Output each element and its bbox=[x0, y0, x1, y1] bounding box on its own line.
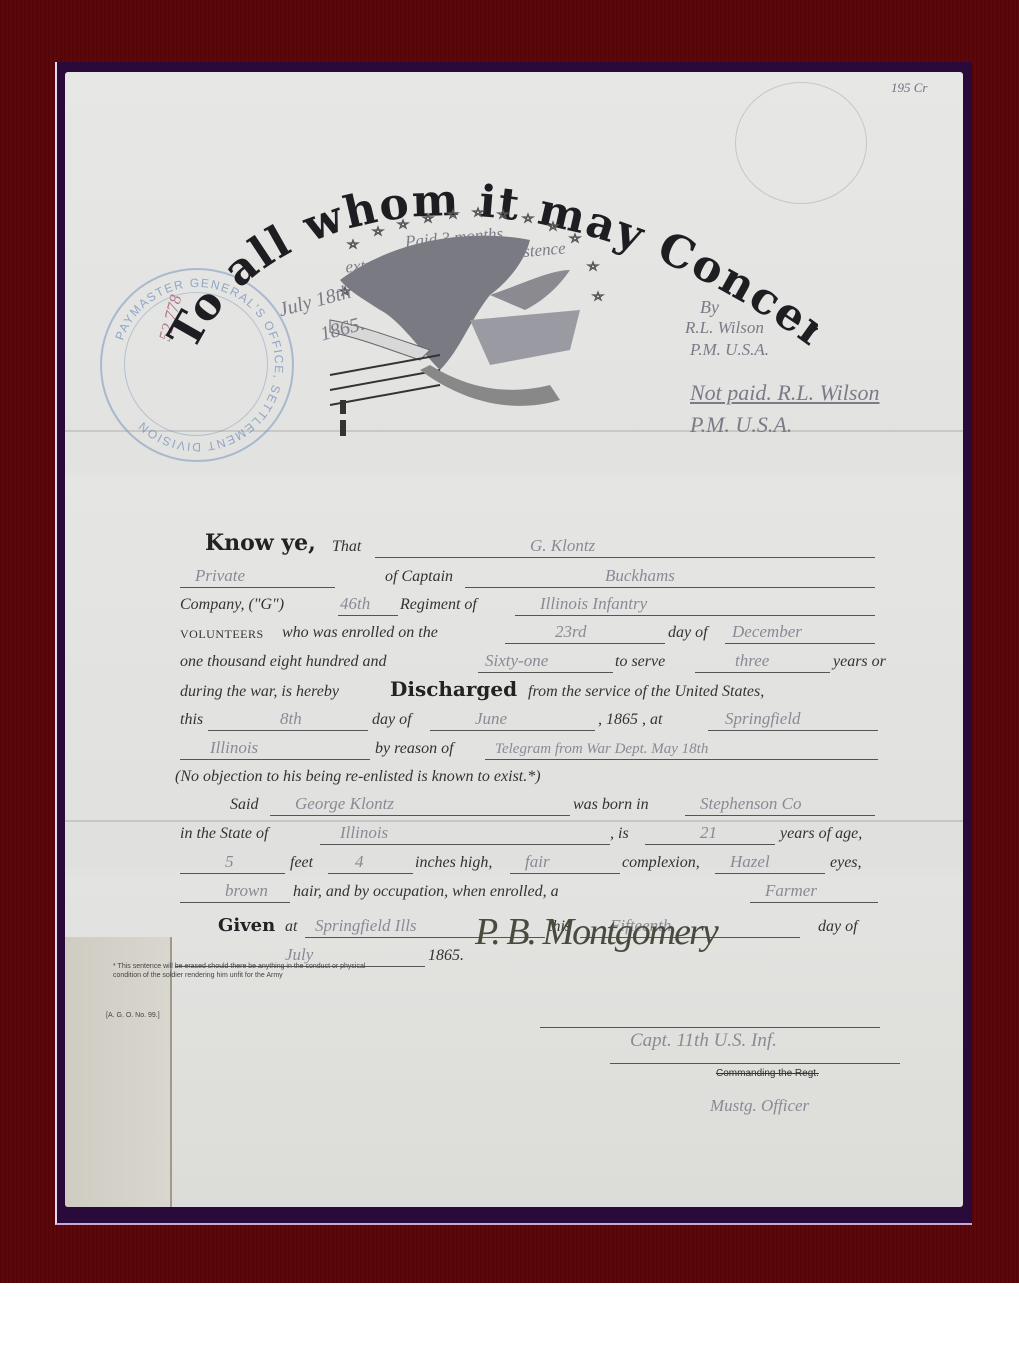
field-line bbox=[180, 902, 290, 903]
label-regiment-of: Regiment of bbox=[400, 596, 477, 614]
field-line bbox=[505, 643, 665, 644]
signature-line bbox=[540, 1027, 880, 1028]
label-inches-high: inches high, bbox=[415, 854, 492, 872]
field-captain: Buckhams bbox=[605, 566, 675, 586]
field-serve-term: three bbox=[735, 651, 769, 671]
label-company: Company, ("G") bbox=[180, 596, 284, 614]
commander-signature: P. B. Montgomery bbox=[475, 910, 717, 954]
label-day-of: day of bbox=[668, 624, 708, 642]
not-paid-note: Not paid. R.L. Wilson bbox=[690, 380, 879, 406]
label-to-serve: to serve bbox=[615, 653, 665, 671]
field-birth-state: Illinois bbox=[340, 823, 388, 843]
discharged-heading: Discharged bbox=[390, 677, 517, 701]
field-line bbox=[510, 873, 620, 874]
field-feet: 5 bbox=[225, 852, 234, 872]
label-by-reason: by reason of bbox=[375, 740, 454, 758]
field-age: 21 bbox=[700, 823, 717, 843]
field-birthplace: Stephenson Co bbox=[700, 794, 802, 814]
field-hair: brown bbox=[225, 881, 268, 901]
label-year-1865: , 1865 , at bbox=[598, 711, 662, 729]
field-line bbox=[715, 873, 825, 874]
label-volunteers: VOLUNTEERS bbox=[180, 627, 264, 642]
label-years-of-age: years of age, bbox=[780, 825, 862, 843]
form-row-name: Know ye, That G. Klontz bbox=[100, 530, 890, 562]
field-line bbox=[685, 815, 875, 816]
field-line bbox=[328, 873, 413, 874]
mustering-officer-note: Mustg. Officer bbox=[710, 1096, 809, 1116]
field-enroll-day: 23rd bbox=[555, 622, 587, 642]
field-rank: Private bbox=[195, 566, 245, 586]
footnote-text: * This sentence will be erased should th… bbox=[113, 962, 373, 980]
form-row-hair-occupation: brown hair, and by occupation, when enro… bbox=[100, 875, 890, 907]
wilson-signature-1: R.L. Wilson bbox=[685, 318, 764, 338]
by-note: By bbox=[700, 297, 719, 318]
field-line bbox=[750, 902, 878, 903]
field-occupation: Farmer bbox=[765, 881, 817, 901]
label-that: That bbox=[332, 538, 361, 556]
label-of-captain: of Captain bbox=[385, 568, 453, 586]
field-line bbox=[208, 730, 368, 731]
corner-note: 195 Cr bbox=[891, 80, 927, 96]
field-regiment: Illinois Infantry bbox=[540, 594, 647, 614]
field-full-name: George Klontz bbox=[295, 794, 394, 814]
field-discharge-month: June bbox=[475, 709, 507, 729]
label-eyes: eyes, bbox=[830, 854, 862, 872]
commanding-label: Commanding the Regt. bbox=[716, 1068, 819, 1079]
field-enroll-year: Sixty-one bbox=[485, 651, 548, 671]
field-line bbox=[725, 643, 875, 644]
field-inches: 4 bbox=[355, 852, 364, 872]
field-eyes: Hazel bbox=[730, 852, 770, 872]
label-born-in: was born in bbox=[573, 796, 649, 814]
label-day-of-2: day of bbox=[372, 711, 412, 729]
given-heading: Given bbox=[218, 915, 275, 936]
label-during-war: during the war, is hereby bbox=[180, 683, 339, 701]
label-feet: feet bbox=[290, 854, 313, 872]
wilson-title-1: P.M. U.S.A. bbox=[690, 340, 769, 360]
form-row-physical: 5 feet 4 inches high, fair complexion, H… bbox=[100, 846, 890, 878]
ago-number: [A. G. O. No. 99.] bbox=[106, 1012, 160, 1019]
field-line bbox=[320, 844, 610, 845]
form-row-enrolled: VOLUNTEERS who was enrolled on the 23rd … bbox=[100, 616, 890, 648]
title-line bbox=[610, 1063, 900, 1064]
field-line bbox=[180, 873, 285, 874]
field-regiment-number: 46th bbox=[340, 594, 370, 614]
label-from-service: from the service of the United States, bbox=[528, 683, 764, 701]
field-line bbox=[645, 844, 775, 845]
know-ye-heading: Know ye, bbox=[205, 530, 316, 556]
no-objection-text: (No objection to his being re-enlisted i… bbox=[175, 768, 541, 786]
label-day-of-3: day of bbox=[818, 918, 858, 936]
label-this: this bbox=[180, 711, 203, 729]
label-is: , is bbox=[610, 825, 629, 843]
label-year-prefix: one thousand eight hundred and bbox=[180, 653, 387, 671]
field-line bbox=[708, 730, 878, 731]
field-discharge-day: 8th bbox=[280, 709, 302, 729]
form-row-state-age: in the State of Illinois , is 21 years o… bbox=[100, 817, 890, 849]
field-discharge-place: Springfield bbox=[725, 709, 801, 729]
field-discharge-state: Illinois bbox=[210, 738, 258, 758]
form-row-born: Said George Klontz was born in Stephenso… bbox=[100, 788, 890, 820]
field-line bbox=[270, 815, 570, 816]
field-enroll-month: December bbox=[732, 622, 802, 642]
field-soldier-name: G. Klontz bbox=[530, 536, 595, 556]
form-row-discharge-date: this 8th day of June , 1865 , at Springf… bbox=[100, 703, 890, 735]
label-complexion: complexion, bbox=[622, 854, 700, 872]
field-reason: Telegram from War Dept. May 18th bbox=[495, 741, 708, 758]
not-paid-title: P.M. U.S.A. bbox=[690, 412, 792, 438]
form-row-year: one thousand eight hundred and Sixty-one… bbox=[100, 645, 890, 677]
field-line bbox=[478, 672, 613, 673]
label-hair-occupation: hair, and by occupation, when enrolled, … bbox=[293, 883, 559, 901]
field-line bbox=[375, 557, 875, 558]
field-line bbox=[430, 730, 595, 731]
label-in-state: in the State of bbox=[180, 825, 268, 843]
label-given-year: 1865. bbox=[428, 947, 464, 965]
label-said: Said bbox=[230, 796, 258, 814]
signature-title: Capt. 11th U.S. Inf. bbox=[630, 1030, 777, 1052]
label-years-or: years or bbox=[833, 653, 886, 671]
field-given-place: Springfield Ills bbox=[315, 916, 417, 936]
label-at: at bbox=[285, 918, 297, 936]
label-enrolled-on: who was enrolled on the bbox=[282, 624, 438, 642]
field-complexion: fair bbox=[525, 852, 550, 872]
field-line bbox=[695, 672, 830, 673]
